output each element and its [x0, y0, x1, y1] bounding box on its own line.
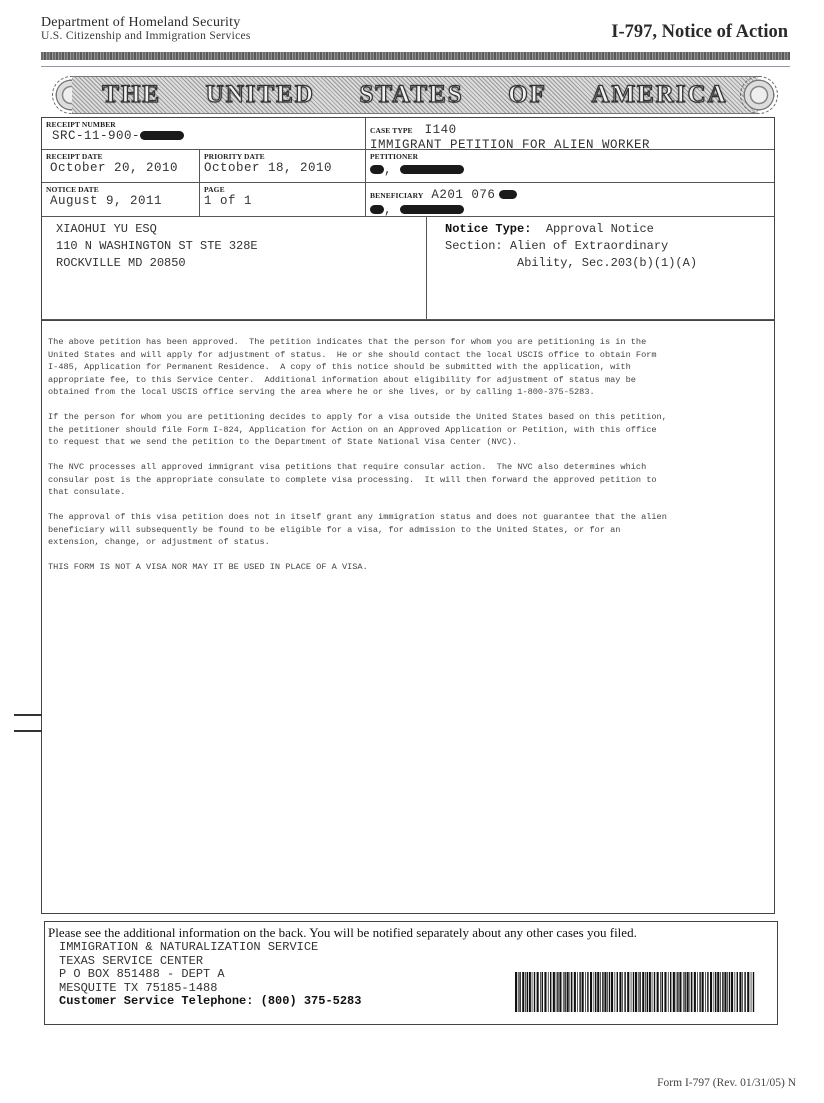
petitioner-label: PETITIONER [370, 152, 770, 161]
body-paragraph: The above petition has been approved. Th… [42, 336, 774, 399]
rosette-icon [740, 76, 778, 114]
addressee-line: XIAOHUI YU ESQ [56, 221, 412, 238]
redaction-mark [400, 205, 464, 214]
service-address-line: TEXAS SERVICE CENTER [59, 955, 777, 969]
page-value: 1 of 1 [204, 194, 361, 208]
banner-word: STATES [359, 81, 463, 109]
addressee-block: XIAOHUI YU ESQ 110 N WASHINGTON ST STE 3… [46, 219, 422, 274]
form-revision: Form I-797 (Rev. 01/31/05) N [657, 1077, 796, 1089]
addressee-line: ROCKVILLE MD 20850 [56, 255, 412, 272]
body-paragraph: If the person for whom you are petitioni… [42, 411, 774, 449]
margin-mark [14, 714, 42, 716]
petitioner-separator: , [384, 163, 392, 177]
address-row: XIAOHUI YU ESQ 110 N WASHINGTON ST STE 3… [42, 216, 774, 320]
body-paragraph: THIS FORM IS NOT A VISA NOR MAY IT BE US… [42, 561, 774, 574]
receipt-date-cell: RECEIPT DATE October 20, 2010 [42, 150, 200, 182]
petitioner-value: , [370, 163, 770, 177]
agency-header: Department of Homeland Security U.S. Cit… [41, 15, 251, 43]
notice-date-label: NOTICE DATE [46, 185, 195, 194]
notice-body: The above petition has been approved. Th… [41, 318, 775, 914]
section-value-continued: Ability, Sec.203(b)(1)(A) [445, 255, 756, 272]
banner-text: THE UNITED STATES OF AMERICA [80, 80, 750, 110]
notice-type-value: Approval Notice [546, 222, 654, 236]
case-type-code: I140 [425, 123, 457, 137]
receipt-number-value: SRC-11-900- [52, 129, 140, 143]
priority-date-cell: PRIORITY DATE October 18, 2010 [200, 150, 366, 182]
redaction-mark [140, 131, 184, 140]
margin-mark [14, 730, 42, 732]
case-type-cell: CASE TYPE I140 IMMIGRANT PETITION FOR AL… [366, 118, 774, 149]
beneficiary-header: BENEFICIARY A201 076 [370, 185, 770, 203]
body-paragraph: The NVC processes all approved immigrant… [42, 461, 774, 499]
section-label: Section: [445, 239, 503, 253]
receipt-date-value: October 20, 2010 [46, 161, 195, 175]
additional-info-note: Please see the additional information on… [45, 922, 777, 941]
section-value: Alien of Extraordinary [510, 239, 668, 253]
page-label: PAGE [204, 185, 361, 194]
receipt-number-value-wrap: SRC-11-900- [46, 129, 361, 143]
beneficiary-cell: BENEFICIARY A201 076 , [366, 183, 774, 216]
notice-type-label: Notice Type: [445, 222, 531, 236]
redaction-mark [370, 165, 384, 174]
petitioner-cell: PETITIONER , [366, 150, 774, 182]
service-address-line: IMMIGRATION & NATURALIZATION SERVICE [59, 941, 777, 955]
form-title: I-797, Notice of Action [611, 22, 788, 43]
notice-date-value: August 9, 2011 [46, 194, 195, 208]
banner-word: UNITED [206, 81, 315, 109]
banner-word: AMERICA [591, 81, 727, 109]
section-line: Section: Alien of Extraordinary [445, 238, 756, 255]
grid-row: RECEIPT DATE October 20, 2010 PRIORITY D… [42, 150, 774, 183]
redaction-mark [370, 205, 384, 214]
banner-word: THE [102, 81, 161, 109]
service-center-box: Please see the additional information on… [44, 921, 778, 1025]
redaction-mark [400, 165, 464, 174]
beneficiary-a-number: A201 076 [431, 188, 495, 202]
case-type-header: CASE TYPE I140 [370, 120, 770, 138]
notice-date-cell: NOTICE DATE August 9, 2011 [42, 183, 200, 216]
addressee-cell: XIAOHUI YU ESQ 110 N WASHINGTON ST STE 3… [42, 217, 427, 319]
body-paragraph: The approval of this visa petition does … [42, 511, 774, 549]
redaction-mark [499, 190, 517, 199]
receipt-date-label: RECEIPT DATE [46, 152, 195, 161]
usa-banner: THE UNITED STATES OF AMERICA [50, 72, 780, 116]
body-paragraphs: The above petition has been approved. Th… [42, 318, 774, 574]
beneficiary-label: BENEFICIARY [370, 191, 423, 200]
notice-block: Notice Type: Approval Notice Section: Al… [431, 219, 770, 274]
barcode-icon [515, 972, 755, 1012]
beneficiary-name: , [370, 203, 770, 217]
addressee-line: 110 N WASHINGTON ST STE 328E [56, 238, 412, 255]
header-rule [41, 52, 790, 60]
grid-row: RECEIPT NUMBER SRC-11-900- CASE TYPE I14… [42, 118, 774, 150]
notice-type-line: Notice Type: Approval Notice [445, 221, 756, 238]
priority-date-value: October 18, 2010 [204, 161, 361, 175]
case-info-grid: RECEIPT NUMBER SRC-11-900- CASE TYPE I14… [41, 117, 775, 321]
agency-name: U.S. Citizenship and Immigration Service… [41, 30, 251, 43]
department-name: Department of Homeland Security [41, 15, 251, 30]
case-type-label: CASE TYPE [370, 126, 413, 135]
receipt-number-cell: RECEIPT NUMBER SRC-11-900- [42, 118, 366, 149]
grid-row: NOTICE DATE August 9, 2011 PAGE 1 of 1 B… [42, 183, 774, 216]
beneficiary-separator: , [384, 203, 392, 217]
receipt-number-label: RECEIPT NUMBER [46, 120, 361, 129]
priority-date-label: PRIORITY DATE [204, 152, 361, 161]
page-cell: PAGE 1 of 1 [200, 183, 366, 216]
notice-type-cell: Notice Type: Approval Notice Section: Al… [427, 217, 774, 319]
banner-word: OF [508, 81, 547, 109]
header-thin-rule [41, 66, 790, 67]
